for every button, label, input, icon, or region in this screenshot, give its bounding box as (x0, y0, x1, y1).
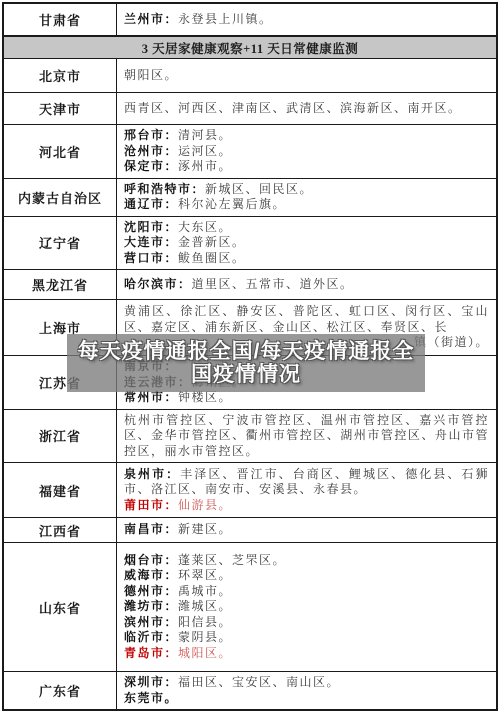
area-list: 鲅鱼圈区。 (178, 251, 246, 265)
table-row: 黑龙江省 哈尔滨市：道里区、五常市、道外区。 (4, 269, 496, 299)
city-label: 潍坊市： (124, 599, 178, 613)
city-label: 深圳市： (124, 675, 178, 689)
province-cell: 北京市 (4, 59, 117, 92)
entry-line: 德州市：禹城市。 (124, 584, 489, 600)
city-label: 兰州市： (124, 12, 178, 26)
areas-cell: 兰州市：永登县上川镇。 (117, 4, 496, 35)
areas-cell: 泉州市：丰泽区、晋江市、台商区、鲤城区、德化县、石狮市、洛江区、南安市、安溪县、… (117, 463, 496, 517)
health-policy-band: 3 天居家健康观察+11 天日常健康监测 (4, 35, 496, 59)
area-list: 科尔沁左翼后旗。 (178, 197, 286, 211)
city-label: 呼和浩特市： (124, 182, 205, 196)
area-list: 海州区。 (192, 375, 246, 389)
area-list: 城阳区。 (178, 646, 232, 660)
areas-cell: 黄浦区、徐汇区、静安区、普陀区、虹口区、闵行区、宝山区、嘉定区、浦东新区、金山区… (117, 300, 496, 355)
table-row: 辽宁省 沈阳市：大东区。 大连市：金普新区。 营口市：鲅鱼圈区。 (4, 216, 496, 270)
city-label: 青岛市： (124, 646, 178, 660)
area-list: 道里区、五常市、道外区。 (192, 277, 354, 291)
city-label: 连云港市： (124, 375, 192, 389)
entry-line: 东莞市。 (124, 691, 489, 707)
province-cell: 江苏省 (4, 356, 117, 409)
entry-line: 连云港市：海州区。 (124, 375, 489, 391)
table-row: 上海市 黄浦区、徐汇区、静安区、普陀区、虹口区、闵行区、宝山区、嘉定区、浦东新区… (4, 299, 496, 355)
area-list: 禹城市。 (178, 584, 232, 598)
area-list: 蓬莱区、芝罘区。 (178, 553, 286, 567)
entry-line: 临沂市：蒙阴县。 (124, 630, 489, 646)
province-cell: 辽宁省 (4, 217, 117, 270)
province-cell: 广东省 (4, 672, 117, 709)
province-cell: 上海市 (4, 300, 117, 355)
entry-line: 沧州市：运河区。 (124, 144, 489, 160)
area-list: 钟楼区。 (178, 390, 232, 404)
area-list: 金普新区。 (178, 235, 246, 249)
entry-line: 西青区、河西区、津南区、武清区、滨海新区、南开区。 (124, 101, 489, 117)
area-list: 福田区、宝安区、南山区。 (178, 675, 340, 689)
entry-line: 朝阳区。 (124, 68, 489, 84)
entry-line-highlighted: 青岛市：城阳区。 (124, 646, 489, 662)
entry-line: 呼和浩特市：新城区、回民区。 (124, 182, 489, 198)
city-label: 哈尔滨市： (124, 277, 192, 291)
city-label: 德州市： (124, 584, 178, 598)
area-list: 黄浦区、徐汇区、静安区、普陀区、虹口区、闵行区、宝山区、嘉定区、浦东新区、金山区… (124, 304, 489, 334)
city-label: 沈阳市： (124, 220, 178, 234)
entry-line: 沈阳市：大东区。 (124, 220, 489, 236)
entry-line: 南京市： (124, 359, 489, 375)
province-cell: 甘肃省 (4, 4, 117, 35)
areas-cell: 南昌市：新建区。 (117, 518, 496, 542)
area-list: 新建区。 (178, 522, 232, 536)
city-label: 常州市： (124, 390, 178, 404)
areas-cell: 朝阳区。 (117, 59, 496, 92)
area-list: 清河县。 (178, 128, 232, 142)
city-label: 营口市： (124, 251, 178, 265)
city-label: 通辽市： (124, 197, 178, 211)
entry-line: 镇（街道）。 (124, 335, 489, 351)
table-row: 浙江省 杭州市管控区、宁波市管控区、温州市管控区、嘉兴市管控区、金华市管控区、衢… (4, 409, 496, 463)
area-list: 朝阳区。 (124, 68, 178, 82)
area-list: 西青区、河西区、津南区、武清区、滨海新区、南开区。 (124, 101, 462, 115)
entry-line: 潍坊市：潍城区。 (124, 599, 489, 615)
table-row: 内蒙古自治区 呼和浩特市：新城区、回民区。 通辽市：科尔沁左翼后旗。 (4, 178, 496, 216)
entry-line: 常州市：钟楼区。 (124, 390, 489, 406)
area-list: 环翠区。 (178, 568, 232, 582)
city-label: 东莞市。 (124, 691, 178, 705)
entry-line: 大连市：金普新区。 (124, 235, 489, 251)
province-cell: 天津市 (4, 93, 117, 124)
city-label: 南京市： (124, 359, 178, 373)
table-row: 江苏省 南京市： 连云港市：海州区。 常州市：钟楼区。 (4, 355, 496, 409)
entry-line: 滨州市：阳信县。 (124, 615, 489, 631)
areas-cell: 呼和浩特市：新城区、回民区。 通辽市：科尔沁左翼后旗。 (117, 179, 496, 216)
areas-cell: 哈尔滨市：道里区、五常市、道外区。 (117, 270, 496, 299)
table-row: 山东省 烟台市：蓬莱区、芝罘区。 威海市：环翠区。 德州市：禹城市。 潍坊市：潍… (4, 542, 496, 671)
area-list: 潍城区。 (178, 599, 232, 613)
area-list: 永登县上川镇。 (178, 12, 273, 26)
entry-line: 杭州市管控区、宁波市管控区、温州市管控区、嘉兴市管控区、金华市管控区、衢州市管控… (124, 413, 489, 460)
entry-line: 保定市：涿州市。 (124, 159, 489, 175)
city-label: 保定市： (124, 159, 178, 173)
band-label: 3 天居家健康观察+11 天日常健康监测 (142, 39, 358, 57)
areas-cell: 烟台市：蓬莱区、芝罘区。 威海市：环翠区。 德州市：禹城市。 潍坊市：潍城区。 … (117, 543, 496, 671)
areas-cell: 南京市： 连云港市：海州区。 常州市：钟楼区。 (117, 356, 496, 409)
city-label: 烟台市： (124, 553, 178, 567)
city-label: 泉州市： (124, 467, 180, 481)
area-list: 镇（街道）。 (414, 335, 489, 349)
entry-line: 黄浦区、徐汇区、静安区、普陀区、虹口区、闵行区、宝山区、嘉定区、浦东新区、金山区… (124, 304, 489, 335)
entry-line-highlighted: 莆田市：仙游县。 (124, 498, 489, 514)
city-label: 滨州市： (124, 615, 178, 629)
city-label: 大连市： (124, 235, 178, 249)
areas-cell: 邢台市：清河县。 沧州市：运河区。 保定市：涿州市。 (117, 125, 496, 178)
province-cell: 黑龙江省 (4, 270, 117, 299)
table-row: 广东省 深圳市：福田区、宝安区、南山区。 东莞市。 (4, 671, 496, 709)
province-cell: 山东省 (4, 543, 117, 671)
entry-line: 通辽市：科尔沁左翼后旗。 (124, 197, 489, 213)
area-list: 阳信县。 (178, 615, 232, 629)
area-list: 新城区、回民区。 (205, 182, 313, 196)
city-label: 临沂市： (124, 630, 178, 644)
table-row: 福建省 泉州市：丰泽区、晋江市、台商区、鲤城区、德化县、石狮市、洛江区、南安市、… (4, 462, 496, 517)
area-list: 蒙阴县。 (178, 630, 232, 644)
entry-line: 邢台市：清河县。 (124, 128, 489, 144)
area-list: 仙游县。 (178, 498, 232, 512)
city-label: 威海市： (124, 568, 178, 582)
areas-cell: 沈阳市：大东区。 大连市：金普新区。 营口市：鲅鱼圈区。 (117, 217, 496, 270)
entry-line: 哈尔滨市：道里区、五常市、道外区。 (124, 277, 489, 293)
area-list: 大东区。 (178, 220, 232, 234)
city-label: 沧州市： (124, 144, 178, 158)
entry-line: 烟台市：蓬莱区、芝罘区。 (124, 553, 489, 569)
area-list: 杭州市管控区、宁波市管控区、温州市管控区、嘉兴市管控区、金华市管控区、衢州市管控… (124, 413, 489, 458)
entry-line: 兰州市：永登县上川镇。 (124, 12, 489, 28)
province-cell: 浙江省 (4, 410, 117, 463)
areas-cell: 西青区、河西区、津南区、武清区、滨海新区、南开区。 (117, 93, 496, 124)
entry-line: 威海市：环翠区。 (124, 568, 489, 584)
province-cell: 江西省 (4, 518, 117, 542)
entry-line: 南昌市：新建区。 (124, 522, 489, 538)
table-row: 江西省 南昌市：新建区。 (4, 517, 496, 542)
province-cell: 福建省 (4, 463, 117, 517)
province-cell: 河北省 (4, 125, 117, 178)
entry-line: 深圳市：福田区、宝安区、南山区。 (124, 675, 489, 691)
entry-line: 泉州市：丰泽区、晋江市、台商区、鲤城区、德化县、石狮市、洛江区、南安市、安溪县、… (124, 467, 489, 498)
area-list: 涿州市。 (178, 159, 232, 173)
area-list: 运河区。 (178, 144, 232, 158)
city-label: 莆田市： (124, 498, 178, 512)
province-cell: 内蒙古自治区 (4, 179, 117, 216)
table-row: 河北省 邢台市：清河县。 沧州市：运河区。 保定市：涿州市。 (4, 124, 496, 178)
table-row: 北京市 朝阳区。 (4, 59, 496, 92)
policy-table: 甘肃省 兰州市：永登县上川镇。 3 天居家健康观察+11 天日常健康监测 北京市… (2, 2, 498, 711)
areas-cell: 深圳市：福田区、宝安区、南山区。 东莞市。 (117, 672, 496, 709)
entry-line: 营口市：鲅鱼圈区。 (124, 251, 489, 267)
city-label: 南昌市： (124, 522, 178, 536)
city-label: 邢台市： (124, 128, 178, 142)
areas-cell: 杭州市管控区、宁波市管控区、温州市管控区、嘉兴市管控区、金华市管控区、衢州市管控… (117, 410, 496, 463)
table-row: 天津市 西青区、河西区、津南区、武清区、滨海新区、南开区。 (4, 92, 496, 124)
table-row: 甘肃省 兰州市：永登县上川镇。 (4, 4, 496, 35)
